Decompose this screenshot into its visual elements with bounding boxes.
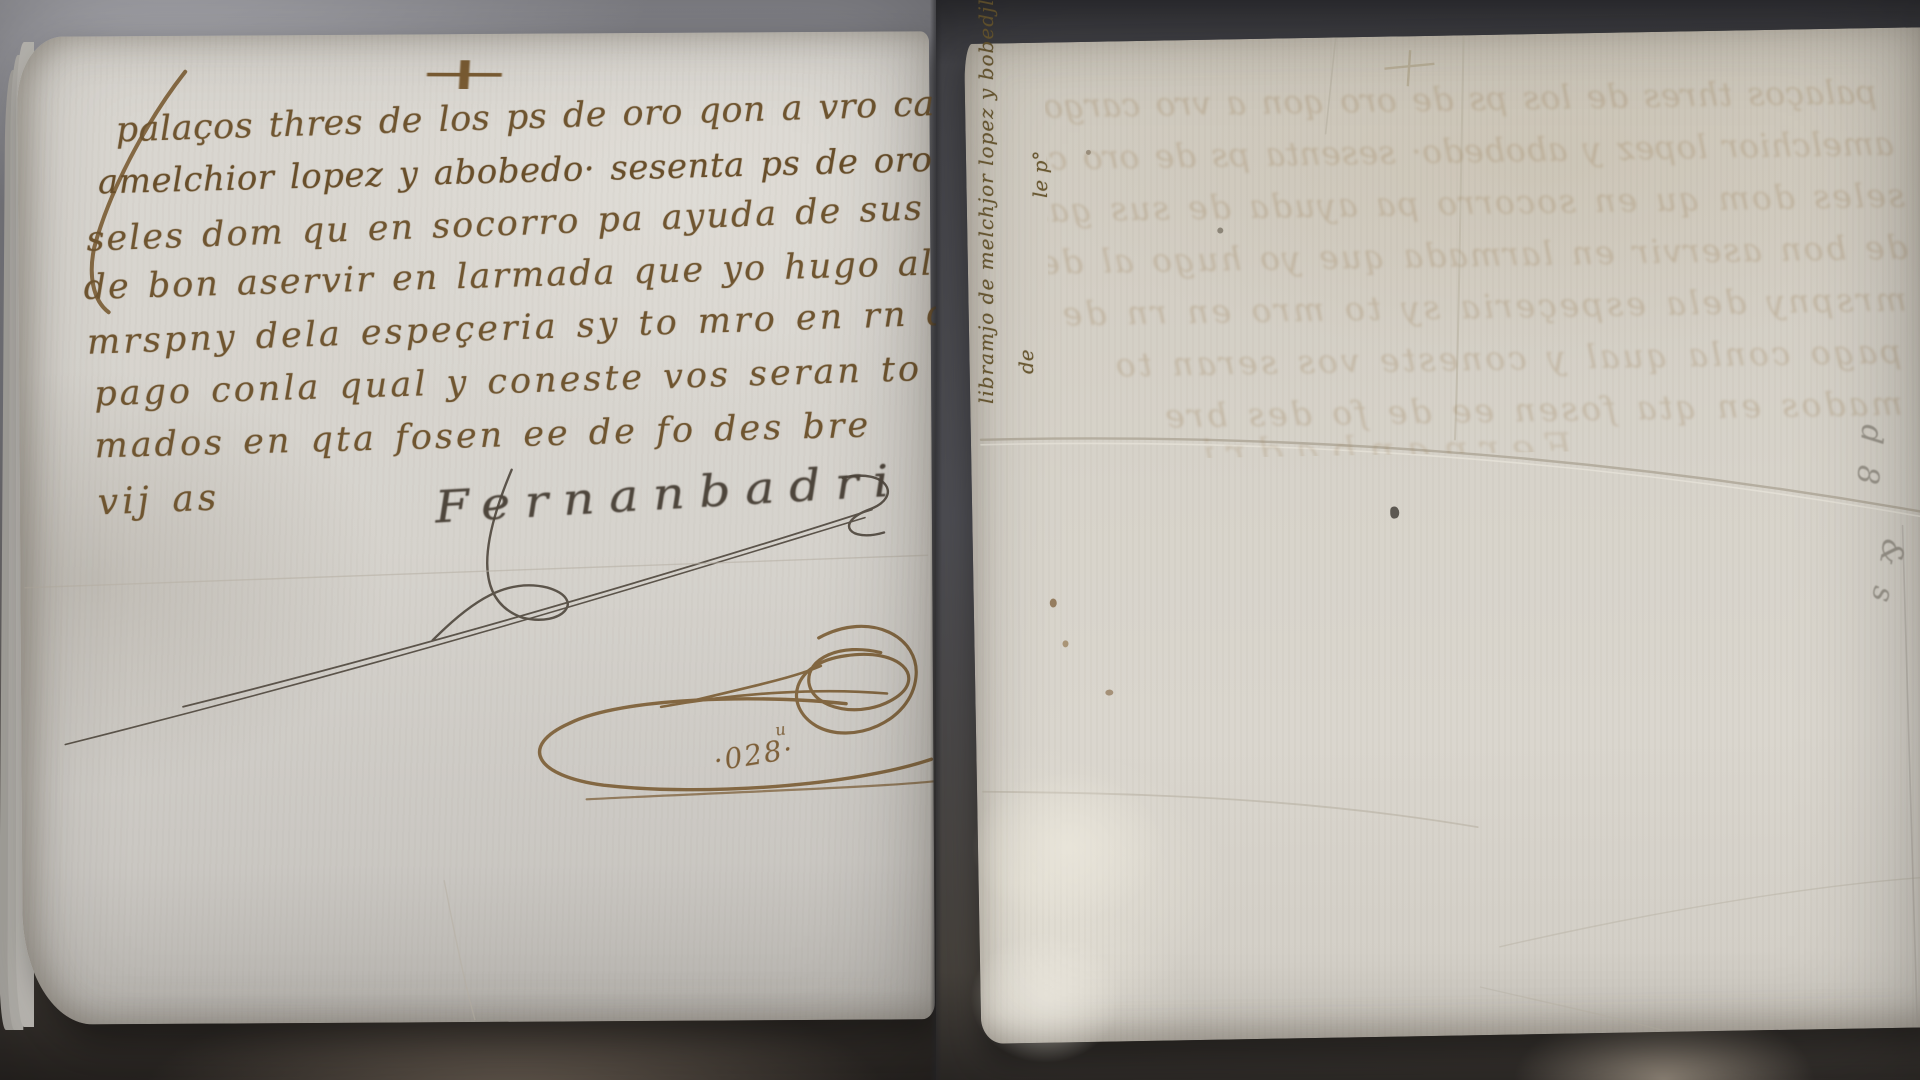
- verso-archive-annotation-2: de: [1014, 349, 1038, 374]
- manuscript-line: pago conla qual y coneste vos seran to: [94, 349, 923, 414]
- manuscript-line: vij as: [97, 477, 221, 523]
- ink-fleck: [1390, 506, 1399, 518]
- photo-verso: palaços thres de los ps de oro qon a vro…: [936, 0, 1920, 1080]
- verso-archive-annotation-3: le p°: [1028, 151, 1052, 198]
- edge-gray-marks: d 8: [1848, 423, 1890, 492]
- ink-showthrough: palaços thres de los ps de oro qon a vro…: [1045, 68, 1913, 461]
- invocation-cross: +: [413, 46, 517, 100]
- ink-fleck: [1105, 689, 1113, 695]
- ink-fleck: [1086, 150, 1091, 155]
- signature-text: Fernanbadri: [434, 455, 905, 533]
- paper-stain: [970, 931, 1122, 1064]
- foliation-number: ·028·: [711, 732, 797, 778]
- showthrough-line: amelchior lopez y abobedo· sesenta ps de…: [1045, 124, 1895, 179]
- ink-fleck: [1050, 598, 1057, 607]
- foliation-superscript: u: [774, 719, 787, 739]
- showthrough-line: seles dom qu en socorro pa ayuda de sus …: [1045, 176, 1905, 231]
- verso-archive-annotation: libramjo de melchjor lopez y bobedjlla: [974, 0, 998, 404]
- manuscript-line: mados en qta fosen ee de fo des bre: [94, 405, 872, 466]
- showthrough-line: pago conla qual y coneste vos seran to: [1112, 332, 1901, 385]
- showthrough-line: mrspny dela espeçeria sy to mro en rn de: [1059, 280, 1907, 334]
- manuscript-photo-spread: +: [0, 0, 1920, 1080]
- manuscript-page-verso: palaços thres de los ps de oro qon a vro…: [964, 27, 1920, 1044]
- ink-fleck: [1217, 228, 1223, 234]
- paper-stain: [971, 771, 1164, 924]
- showthrough-line: palaços thres de los ps de oro qon a vro…: [1045, 72, 1878, 127]
- showthrough-signature: Fernanbadri: [1190, 425, 1573, 460]
- showthrough-line: de bon aservir en larmada que yo hugo al…: [1045, 228, 1908, 283]
- ink-fleck: [1062, 640, 1068, 647]
- manuscript-line: palaços thres de los ps de oro qon a vro…: [115, 80, 936, 150]
- manuscript-page-recto: +: [17, 31, 935, 1025]
- photo-seam: [930, 0, 942, 1080]
- photo-recto: +: [0, 0, 936, 1080]
